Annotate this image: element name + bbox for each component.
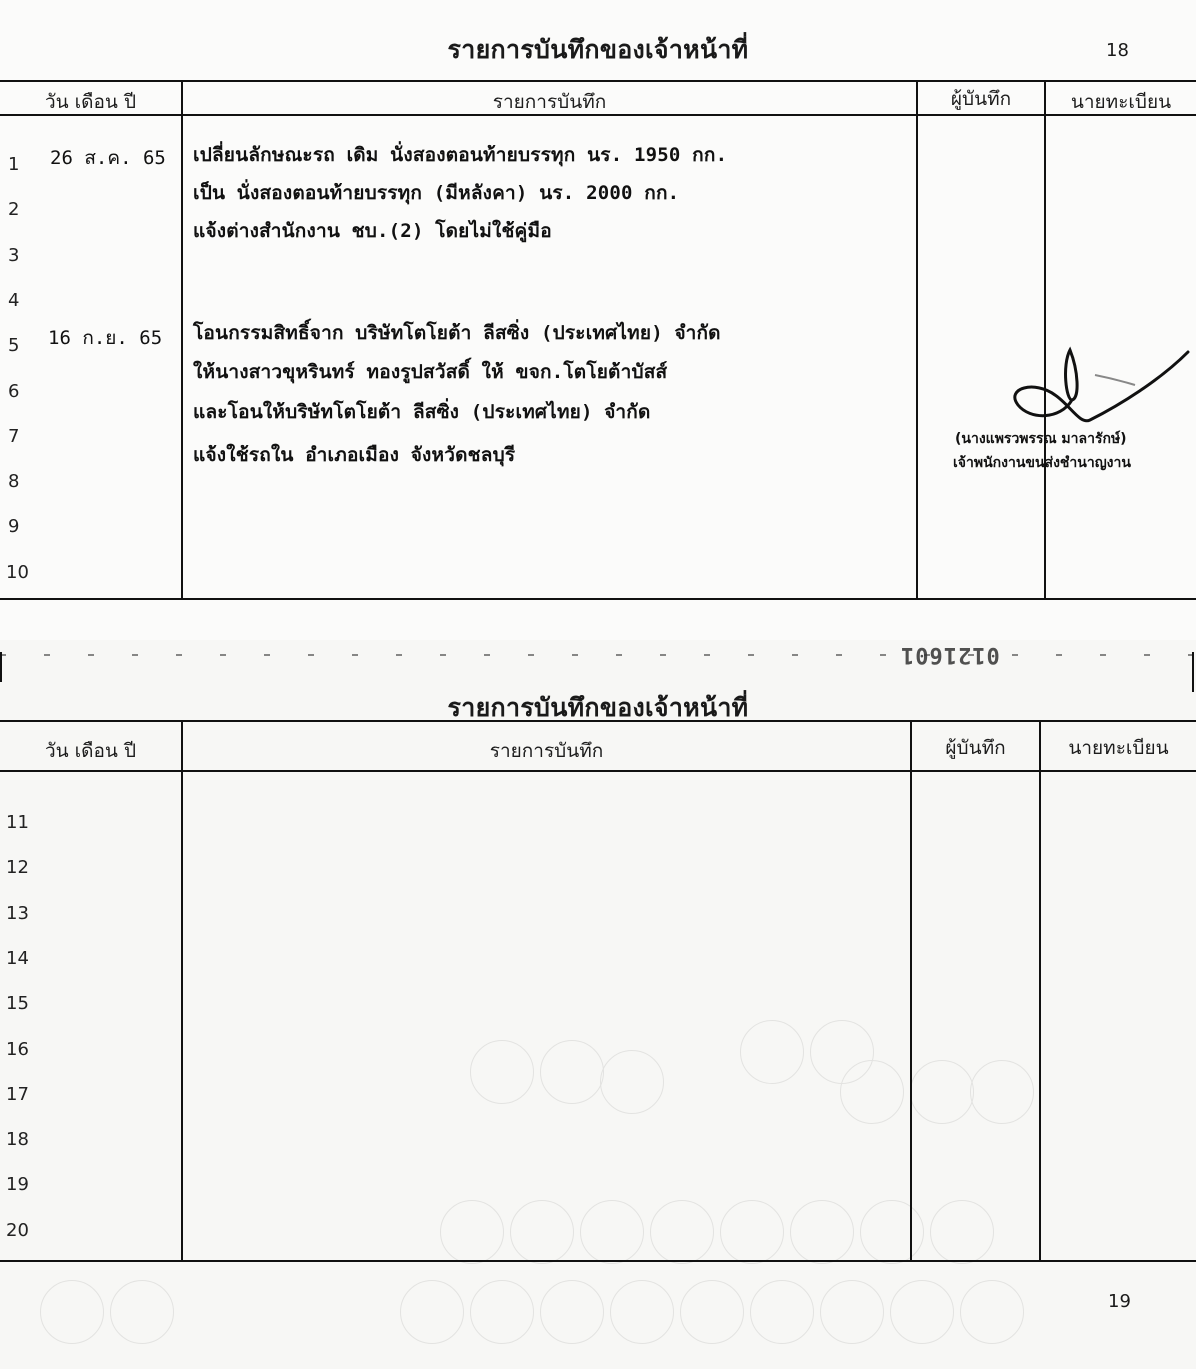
watermark-emblem (680, 1280, 744, 1344)
row-number: 9 (8, 516, 38, 537)
watermark-emblem (580, 1200, 644, 1264)
page-edge (1192, 652, 1194, 692)
watermark-emblem (650, 1200, 714, 1264)
column-divider (1039, 720, 1041, 1262)
row-number: 14 (6, 948, 36, 969)
entry-date: 16 ก.ย. 65 (48, 323, 162, 353)
watermark-emblem (540, 1040, 604, 1104)
row-number: 2 (8, 199, 38, 220)
entry-line: แจ้งต่างสำนักงาน ชบ.(2) โดยไม่ใช้คู่มือ (193, 216, 552, 246)
watermark-emblem (110, 1280, 174, 1344)
header-date: วัน เดือน ปี (0, 736, 181, 766)
page-number: 19 (1108, 1291, 1131, 1312)
watermark-emblem (970, 1060, 1034, 1124)
watermark-emblem (40, 1280, 104, 1344)
row-number: 19 (6, 1174, 36, 1195)
watermark-emblem (610, 1280, 674, 1344)
column-divider (910, 720, 912, 1262)
entry-line: แจ้งใช้รถใน อำเภอเมือง จังหวัดชลบุรี (193, 440, 515, 470)
row-number: 4 (8, 290, 38, 311)
header-entry: รายการบันทึก (183, 87, 916, 117)
entry-line: เป็น นั่งสองตอนท้ายบรรทุก (มีหลังคา) นร.… (193, 178, 679, 208)
page-edge (0, 652, 2, 682)
row-number: 6 (8, 381, 38, 402)
table-bottom-border (0, 1260, 1196, 1262)
watermark-emblem (740, 1020, 804, 1084)
record-page-19: 0121601 รายการบันทึกของเจ้าหน้าที่ วัน เ… (0, 640, 1196, 1369)
watermark-emblem (720, 1200, 784, 1264)
header-entry: รายการบันทึก (183, 736, 910, 766)
watermark-emblem (860, 1200, 924, 1264)
watermark-emblem (470, 1280, 534, 1344)
page-title: รายการบันทึกของเจ้าหน้าที่ (0, 30, 1196, 70)
watermark-emblem (820, 1280, 884, 1344)
row-number: 5 (8, 335, 38, 356)
table-top-border (0, 80, 1196, 82)
row-number: 18 (6, 1129, 36, 1150)
column-divider (181, 720, 183, 1262)
row-number: 17 (6, 1084, 36, 1105)
stamp-position: เจ้าพนักงานขนส่งชำนาญงาน (953, 452, 1131, 474)
column-divider (916, 80, 918, 600)
entry-line: ให้นางสาวขุหรินทร์ ทองรูปสวัสดิ์ ให้ ขจก… (193, 357, 667, 387)
entry-date: 26 ส.ค. 65 (50, 143, 166, 173)
row-number: 11 (6, 812, 36, 833)
watermark-emblem (910, 1060, 974, 1124)
row-number: 16 (6, 1039, 36, 1060)
page-title: รายการบันทึกของเจ้าหน้าที่ (0, 688, 1196, 728)
row-number: 10 (6, 562, 36, 583)
table-top-border (0, 720, 1196, 722)
watermark-emblem (790, 1200, 854, 1264)
perforation-line (0, 654, 1196, 656)
entry-line: โอนกรรมสิทธิ์จาก บริษัทโตโยต้า ลีสซิ่ง (… (193, 318, 721, 348)
header-bottom-border (0, 770, 1196, 772)
row-number: 15 (6, 993, 36, 1014)
serial-number: 0121601 (900, 642, 1000, 667)
table-bottom-border (0, 598, 1196, 600)
record-page-18: รายการบันทึกของเจ้าหน้าที่ 18 วัน เดือน … (0, 0, 1196, 610)
row-number: 20 (6, 1220, 36, 1241)
row-number: 3 (8, 245, 38, 266)
watermark-emblem (960, 1280, 1024, 1344)
column-divider (181, 80, 183, 600)
stamp-name: (นางแพรวพรรณ มาลารักษ์) (955, 428, 1127, 450)
header-recorder: ผู้บันทึก (912, 733, 1039, 763)
header-recorder: ผู้บันทึก (918, 84, 1044, 114)
watermark-emblem (890, 1280, 954, 1344)
entry-line: และโอนให้บริษัทโตโยต้า ลีสซิ่ง (ประเทศไท… (193, 397, 651, 427)
row-number: 13 (6, 903, 36, 924)
row-number: 7 (8, 426, 38, 447)
row-number: 1 (8, 154, 38, 175)
header-date: วัน เดือน ปี (0, 87, 181, 117)
header-registrar: นายทะเบียน (1041, 733, 1196, 763)
watermark-emblem (440, 1200, 504, 1264)
watermark-emblem (930, 1200, 994, 1264)
watermark-emblem (400, 1280, 464, 1344)
watermark-emblem (540, 1280, 604, 1344)
entry-line: เปลี่ยนลักษณะรถ เดิม นั่งสองตอนท้ายบรรทุ… (193, 140, 727, 170)
watermark-emblem (750, 1280, 814, 1344)
row-number: 8 (8, 471, 38, 492)
watermark-emblem (510, 1200, 574, 1264)
header-registrar: นายทะเบียน (1046, 87, 1196, 117)
row-number: 12 (6, 857, 36, 878)
watermark-emblem (600, 1050, 664, 1114)
watermark-emblem (470, 1040, 534, 1104)
watermark-emblem (840, 1060, 904, 1124)
page-number: 18 (1106, 40, 1129, 61)
